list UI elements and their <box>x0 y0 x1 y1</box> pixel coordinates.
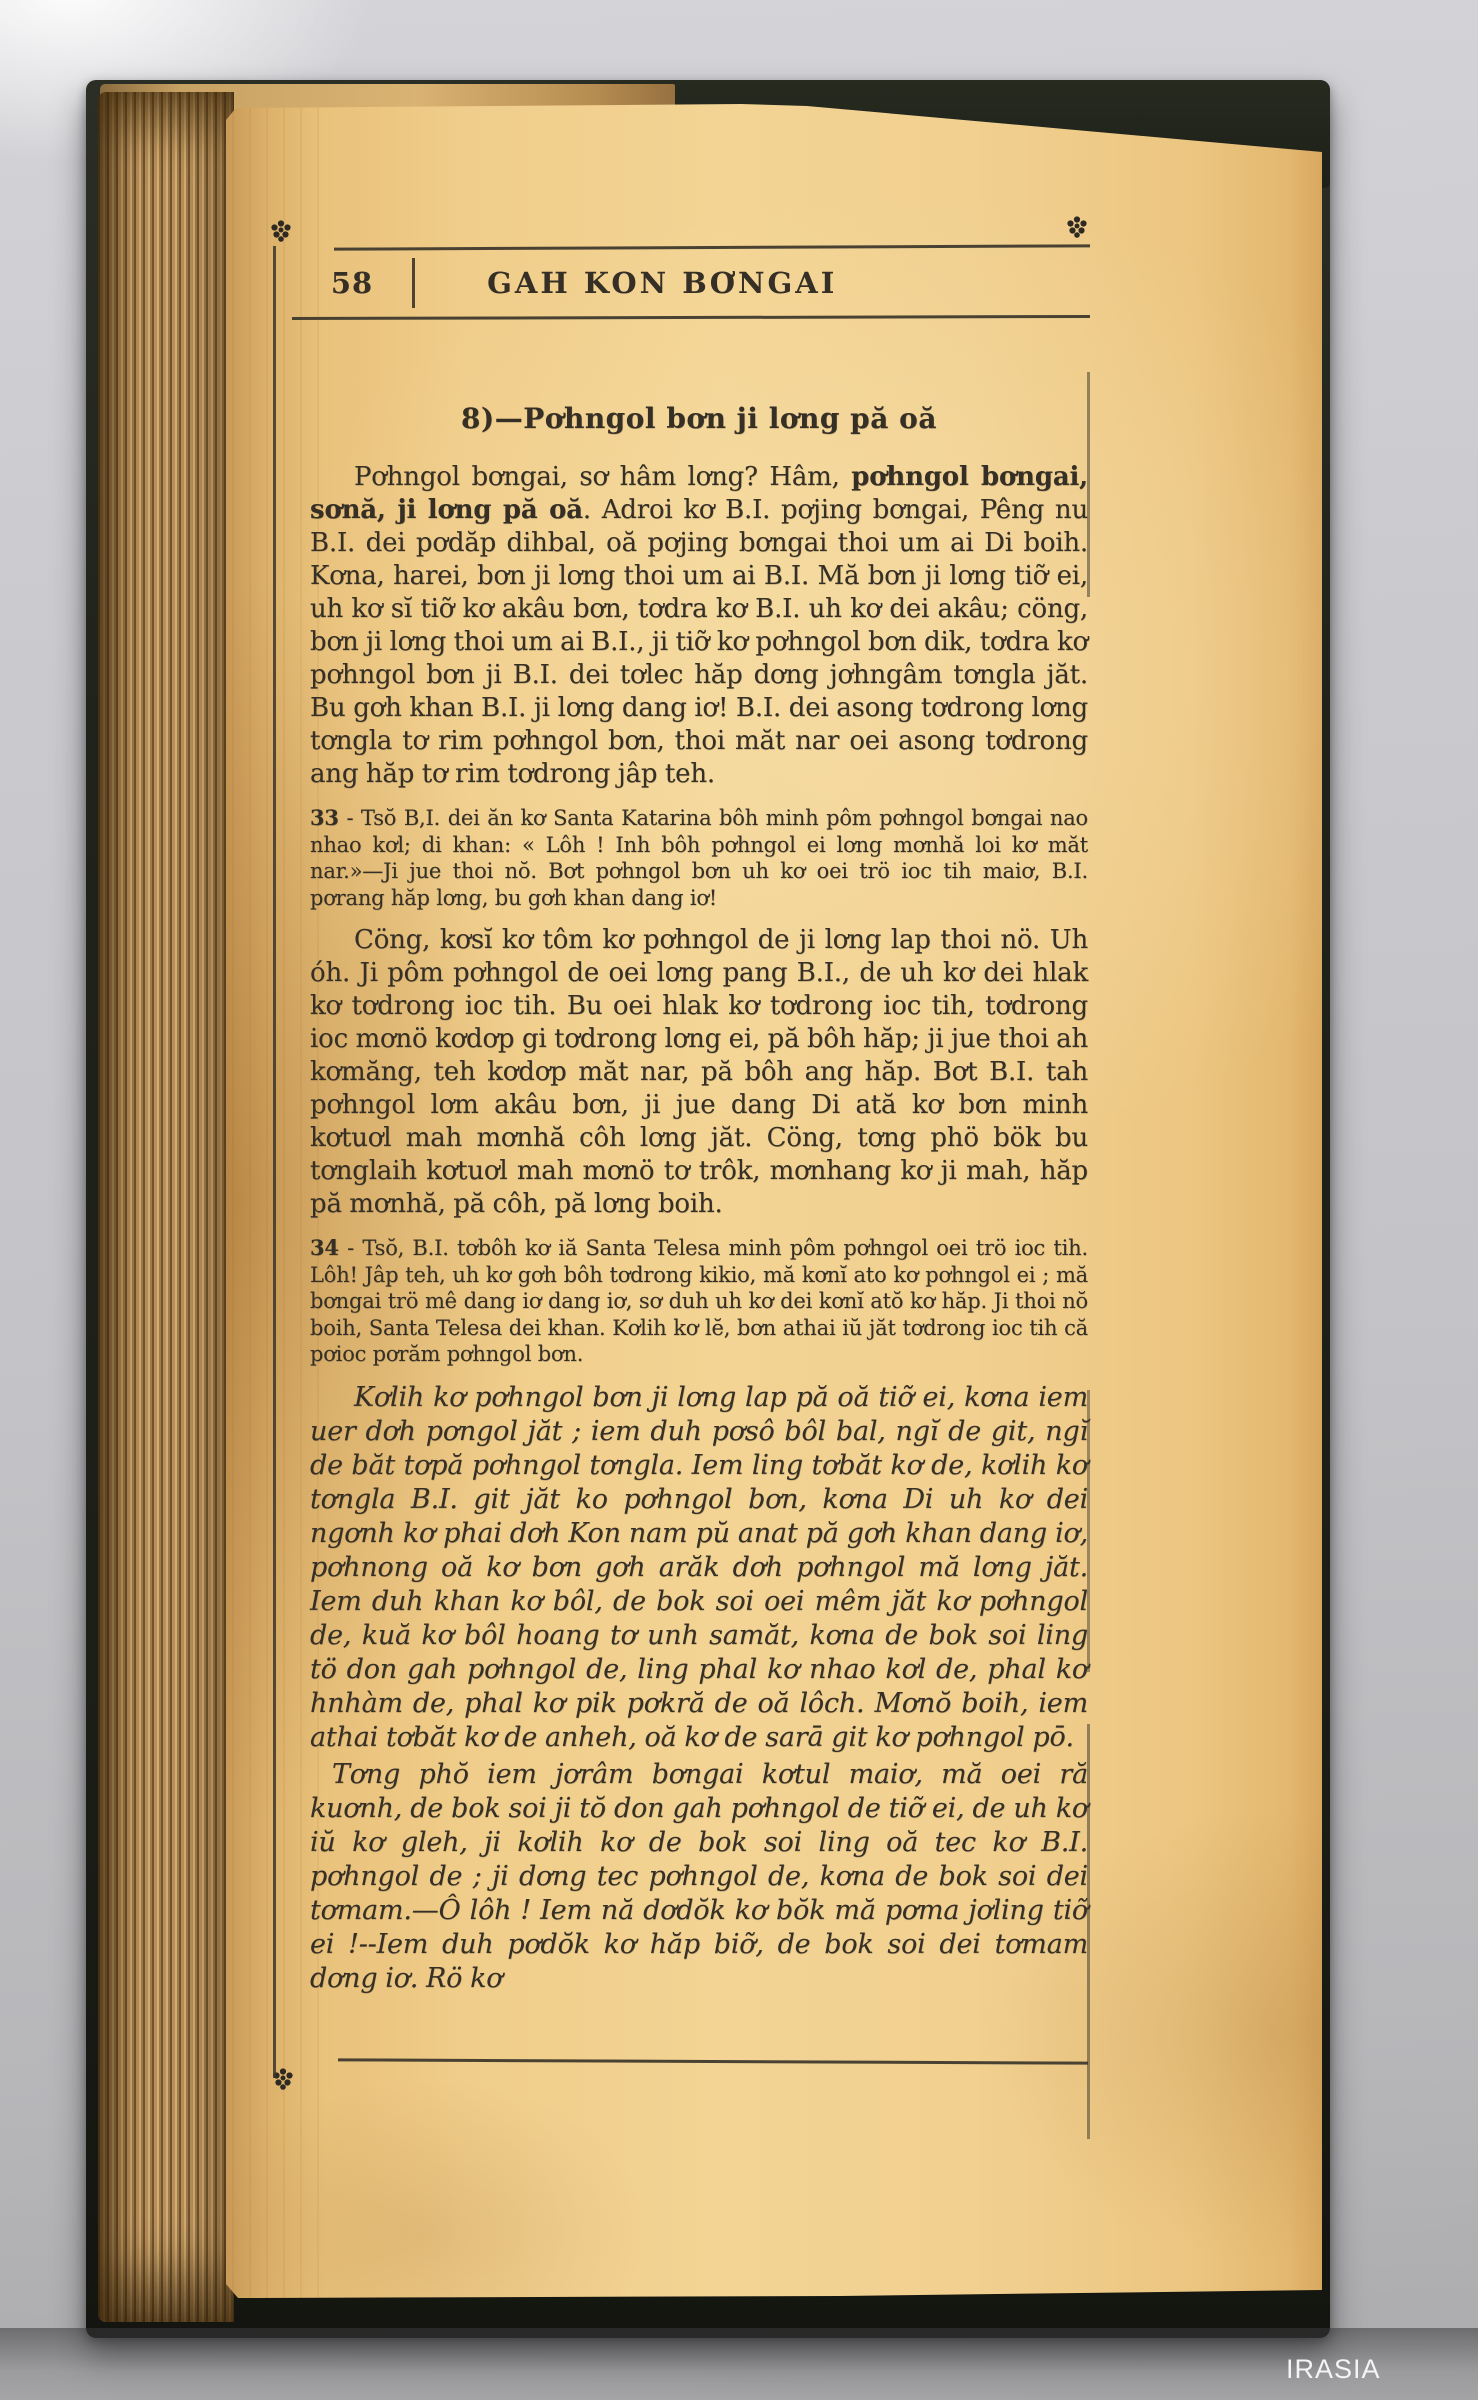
note-number: 33 <box>310 805 339 830</box>
note-text: - Tsŏ, B.I. tơbôh kơ iă Santa Telesa min… <box>310 1236 1088 1366</box>
text-frame-left-rule <box>273 246 276 2078</box>
note-34: 34 - Tsŏ, B.I. tơbôh kơ iă Santa Telesa … <box>310 1235 1088 1368</box>
flower-ornament-icon <box>268 218 294 244</box>
paragraph-2: Cöng, kơsĭ kơ tôm kơ pơhngol de ji lơng … <box>310 924 1088 1221</box>
paragraph-italic-2: Tơng phŏ iem jơrâm bơngai kơtul maiơ, mă… <box>310 1758 1088 1996</box>
scanned-book-photo: 58 GAH KON BƠNGAI 8)—Pơhngol bơn ji lơng… <box>0 0 1478 2400</box>
page-number: 58 <box>292 266 412 300</box>
paragraph-1: Pơhngol bơngai, sơ hâm lơng? Hâm, pơhngo… <box>310 461 1088 791</box>
scanner-shadow-band <box>0 2328 1478 2400</box>
paragraph-text: . Adroi kơ B.I. pơjing bơngai, Pêng nu B… <box>310 495 1088 789</box>
note-33: 33 - Tsŏ B,I. dei ăn kơ Santa Katarina b… <box>310 805 1088 911</box>
header-rule-top <box>334 244 1090 250</box>
note-number: 34 <box>310 1235 339 1260</box>
paragraph-text: Pơhngol bơngai, sơ hâm lơng? Hâm, <box>354 462 851 492</box>
flower-ornament-icon <box>1064 214 1090 240</box>
footer-rule <box>338 2058 1088 2064</box>
book-page: 58 GAH KON BƠNGAI 8)—Pơhngol bơn ji lơng… <box>226 104 1322 2298</box>
page-content: 8)—Pơhngol bơn ji lơng pă oă Pơhngol bơn… <box>310 402 1088 1999</box>
page-stack-left-edge <box>98 92 234 2322</box>
note-text: - Tsŏ B,I. dei ăn kơ Santa Katarina bôh … <box>310 806 1088 910</box>
header-rule-bottom <box>292 315 1090 320</box>
section-heading: 8)—Pơhngol bơn ji lơng pă oă <box>310 402 1088 435</box>
paragraph-italic-1: Kơlih kơ pơhngol bơn ji lơng lap pă oă t… <box>310 1381 1088 1755</box>
watermark: IRASIA <box>1286 2354 1381 2385</box>
page-header: 58 GAH KON BƠNGAI <box>292 256 1090 310</box>
header-divider <box>412 258 415 308</box>
running-title: GAH KON BƠNGAI <box>415 266 1091 300</box>
